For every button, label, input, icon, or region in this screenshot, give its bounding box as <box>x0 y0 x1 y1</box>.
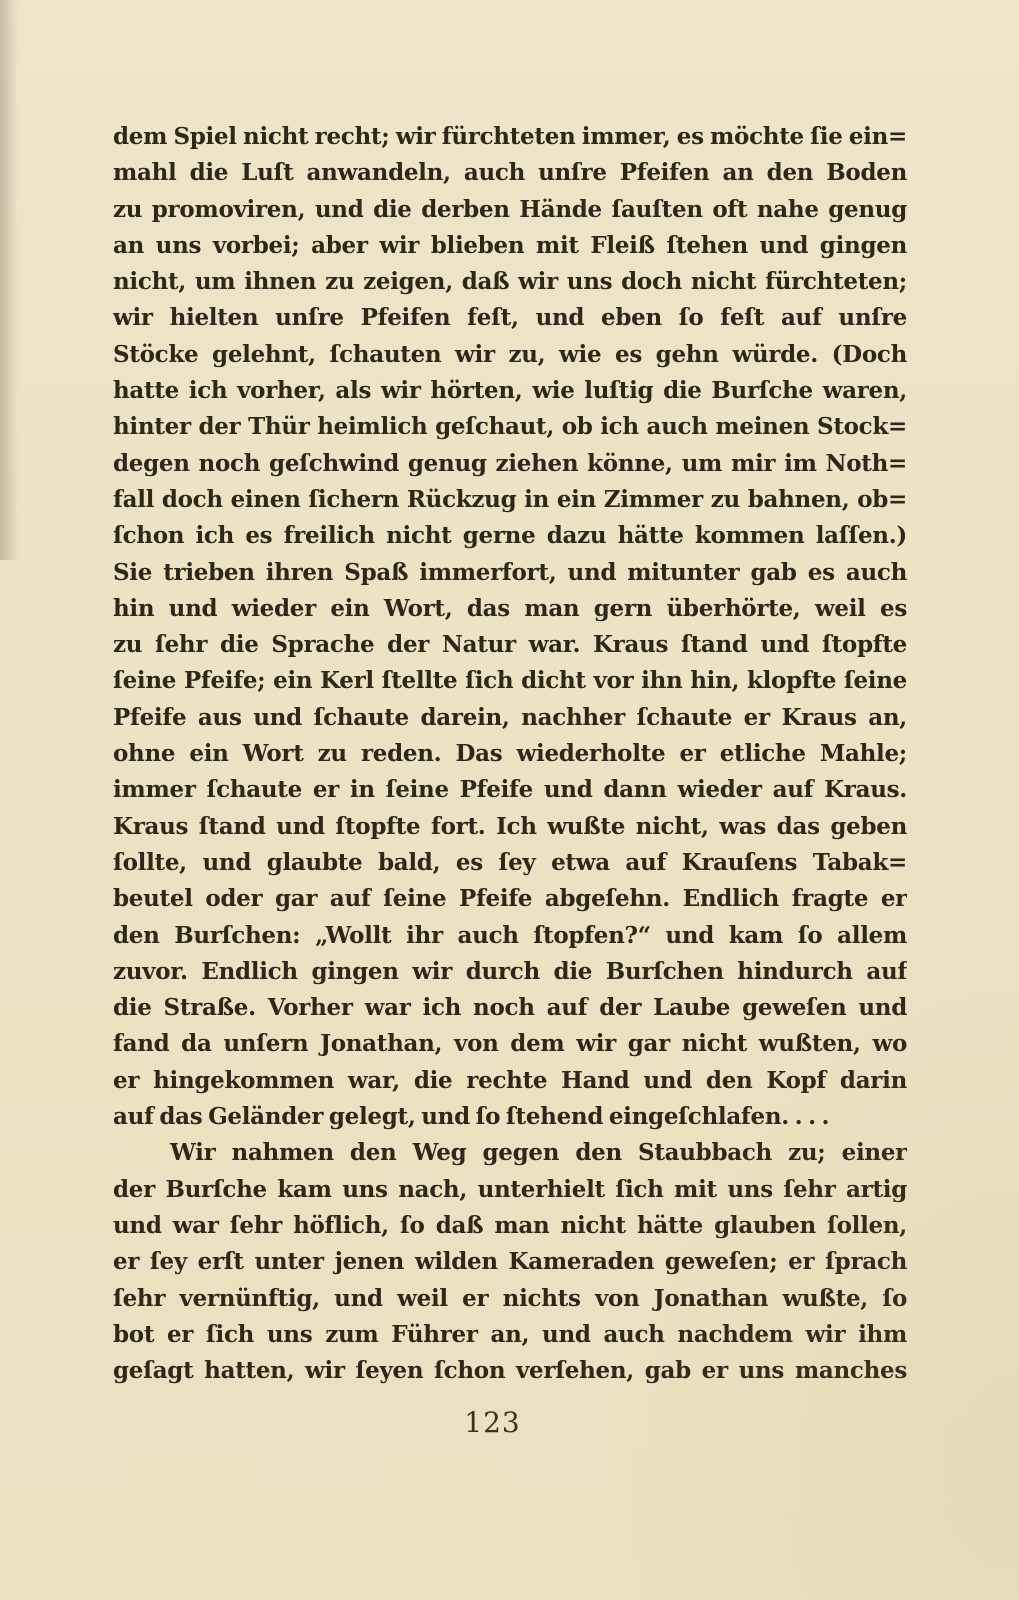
text-line: Pfeife aus und ſchaute darein, nachher ſ… <box>113 700 907 736</box>
text-line: Wir nahmen den Weg gegen den Staubbach z… <box>113 1135 907 1171</box>
text-line: wir hielten unſre Pfeifen feſt, und eben… <box>113 300 907 336</box>
text-line: auf das Geländer gelegt, und ſo ſtehend … <box>113 1099 907 1135</box>
text-line: ohne ein Wort zu reden. Das wiederholte … <box>113 736 907 772</box>
text-line: hin und wieder ein Wort, das man gern üb… <box>113 591 907 627</box>
text-line: beutel oder gar auf ſeine Pfeife abgeſeh… <box>113 881 907 917</box>
text-line: degen noch geſchwind genug ziehen könne,… <box>113 446 907 482</box>
text-line: der Burſche kam uns nach, unterhielt ſic… <box>113 1172 907 1208</box>
text-line: geſagt hatten, wir ſeyen ſchon verſehen,… <box>113 1353 907 1389</box>
text-line: an uns vorbei; aber wir blieben mit Flei… <box>113 228 907 264</box>
text-line: immer ſchaute er in ſeine Pfeife und dan… <box>113 772 907 808</box>
text-line: ſollte, und glaubte bald, es ſey etwa au… <box>113 845 907 881</box>
text-line: die Straße. Vorher war ich noch auf der … <box>113 990 907 1026</box>
text-line: er ſey erſt unter jenen wilden Kameraden… <box>113 1244 907 1280</box>
text-line: hatte ich vorher, als wir hörten, wie lu… <box>113 373 907 409</box>
text-line: ſeine Pfeife; ein Kerl ſtellte ſich dich… <box>113 663 907 699</box>
text-line: Sie trieben ihren Spaß immerfort, und mi… <box>113 555 907 591</box>
text-line: ſchon ich es freilich nicht gerne dazu h… <box>113 518 907 554</box>
book-page: dem Spiel nicht recht; wir fürchteten im… <box>0 0 1019 1600</box>
text-line: mahl die Luſt anwandeln, auch unſre Pfei… <box>113 155 907 191</box>
text-line: zu promoviren, und die derben Hände ſauſ… <box>113 192 907 228</box>
text-line: zu ſehr die Sprache der Natur war. Kraus… <box>113 627 907 663</box>
text-line: dem Spiel nicht recht; wir fürchteten im… <box>113 119 907 155</box>
page-number: 123 <box>0 1406 985 1439</box>
text-line: Kraus ſtand und ſtopfte fort. Ich wußte … <box>113 809 907 845</box>
text-line: nicht, um ihnen zu zeigen, daß wir uns d… <box>113 264 907 300</box>
text-line: er hingekommen war, die rechte Hand und … <box>113 1063 907 1099</box>
text-line: Stöcke gelehnt, ſchauten wir zu, wie es … <box>113 337 907 373</box>
text-line: fall doch einen ſichern Rückzug in ein Z… <box>113 482 907 518</box>
text-line: fand da unſern Jonathan, von dem wir gar… <box>113 1026 907 1062</box>
text-line: den Burſchen: „Wollt ihr auch ſtopfen?“ … <box>113 918 907 954</box>
text-line: zuvor. Endlich gingen wir durch die Burſ… <box>113 954 907 990</box>
text-line: hinter der Thür heimlich geſchaut, ob ic… <box>113 409 907 445</box>
text-line: und war ſehr höflich, ſo daß man nicht h… <box>113 1208 907 1244</box>
text-line: bot er ſich uns zum Führer an, und auch … <box>113 1317 907 1353</box>
text-line: ſehr vernünftig, und weil er nichts von … <box>113 1281 907 1317</box>
text-block: dem Spiel nicht recht; wir fürchteten im… <box>113 119 907 1389</box>
